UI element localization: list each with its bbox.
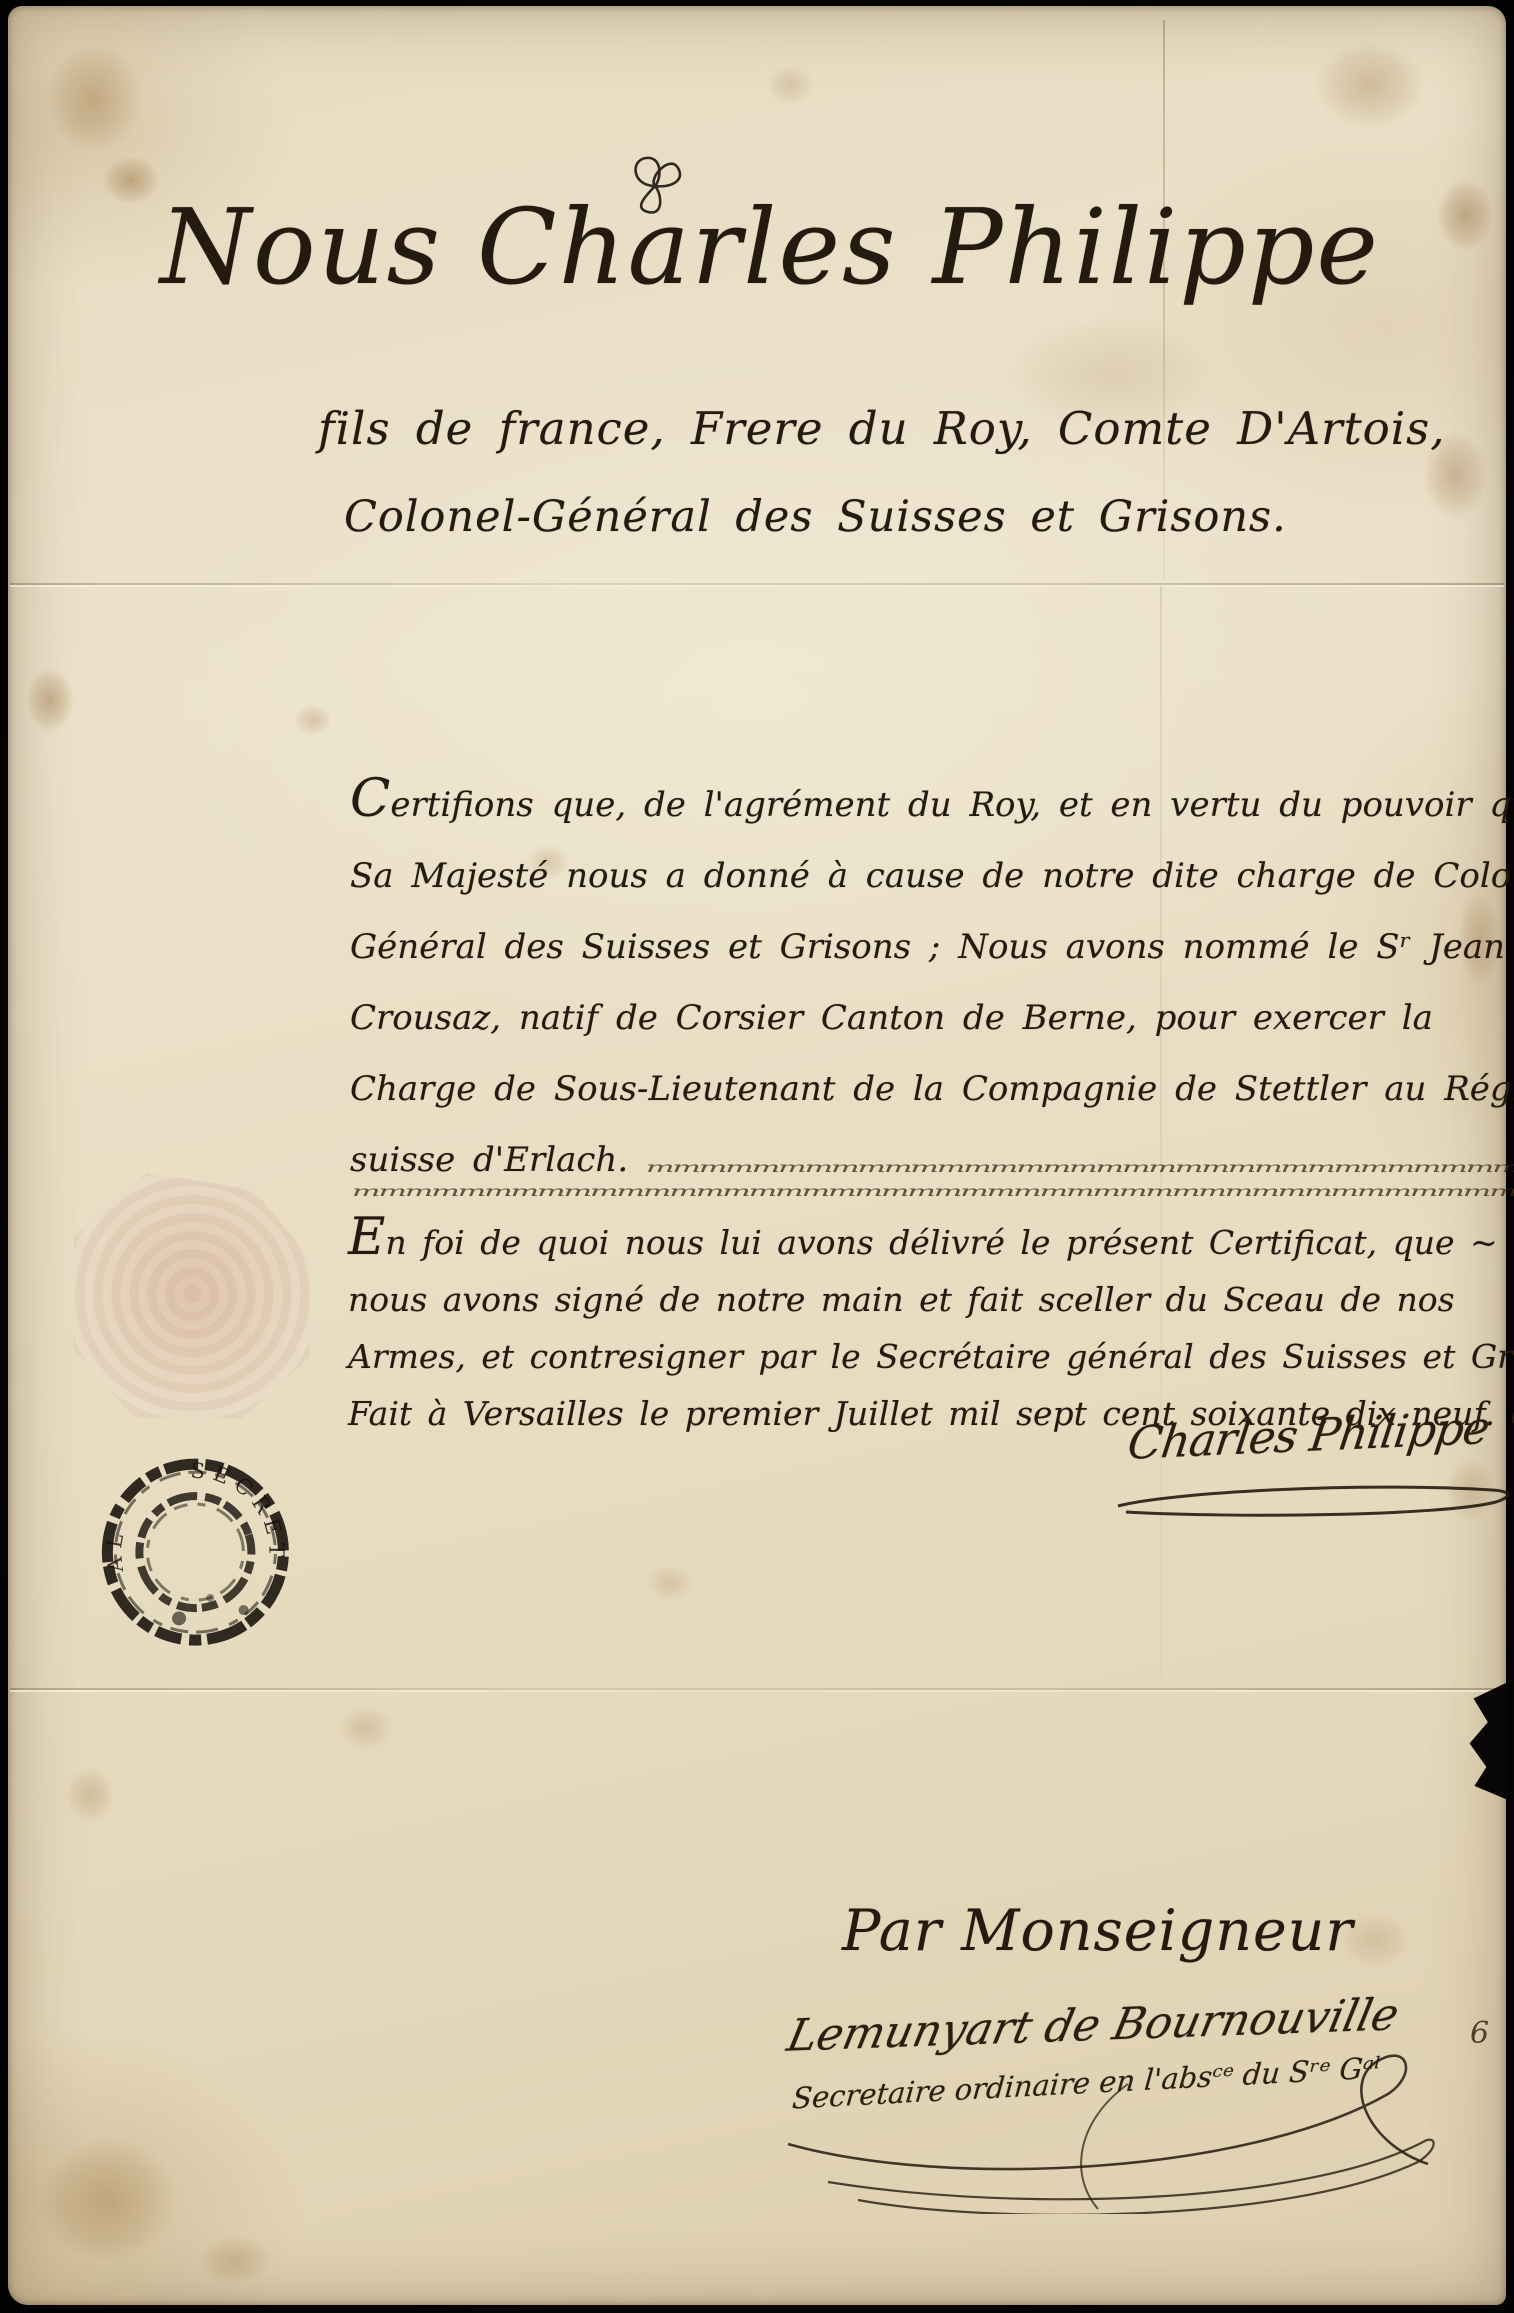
foxing-stain xyxy=(34,28,154,168)
body-line: Charge de Sous-Lieutenant de la Compagni… xyxy=(350,1054,1465,1125)
foxing-stain xyxy=(20,660,80,740)
par-monseigneur-line: Par Monseigneur xyxy=(842,1898,1354,1964)
foxing-stain xyxy=(1430,170,1500,260)
foxing-stain xyxy=(760,60,820,110)
foxing-stain xyxy=(190,2230,280,2290)
body-line: Crousaz, natif de Corsier Canton de Bern… xyxy=(350,983,1465,1054)
body-line: En foi de quoi nous lui avons délivré le… xyxy=(348,1214,1458,1271)
stamp-text-left: AL xyxy=(90,1519,142,1579)
body-line: Général des Suisses et Grisons ; Nous av… xyxy=(350,912,1465,983)
filler-stroke-line: mmmmmmmmmmmmmmmmmmmmmmmmmmmmmmmmmmmmmmmm… xyxy=(352,1168,1462,1203)
body-line: Certifions que, de l'agrément du Roy, et… xyxy=(350,770,1465,841)
foxing-stain xyxy=(1300,30,1440,140)
secretary-flourish xyxy=(768,2024,1468,2218)
attestation-paragraph: En foi de quoi nous lui avons délivré le… xyxy=(348,1214,1458,1442)
foxing-stain xyxy=(24,2120,194,2280)
body-line: Sa Majesté nous a donné à cause de notre… xyxy=(350,841,1465,912)
page-number: 6 xyxy=(1470,2016,1489,2051)
signature-flourish xyxy=(1112,1472,1514,1526)
fold-crease-upper xyxy=(10,583,1504,587)
certification-paragraph: Certifions que, de l'agrément du Roy, et… xyxy=(350,770,1465,1197)
foxing-stain xyxy=(330,1700,400,1756)
foxing-stain xyxy=(60,1760,120,1830)
body-line: nous avons signé de notre main et fait s… xyxy=(348,1271,1458,1328)
body-line: Armes, et contresigner par le Secrétaire… xyxy=(348,1328,1458,1385)
foxing-stain xyxy=(290,700,336,740)
document-title: Nous Charles Philippe xyxy=(150,186,1390,308)
foxing-stain xyxy=(640,1560,700,1606)
subtitle-line-1: fils de france, Frere du Roy, Comte D'Ar… xyxy=(318,402,1446,455)
subtitle-line-2: Colonel-Général des Suisses et Grisons. xyxy=(344,492,1287,542)
fold-crease-lower xyxy=(10,1688,1504,1692)
photographed-document: Nous Charles Philippe fils de france, Fr… xyxy=(0,0,1514,2313)
svg-text:AL: AL xyxy=(90,1519,142,1579)
